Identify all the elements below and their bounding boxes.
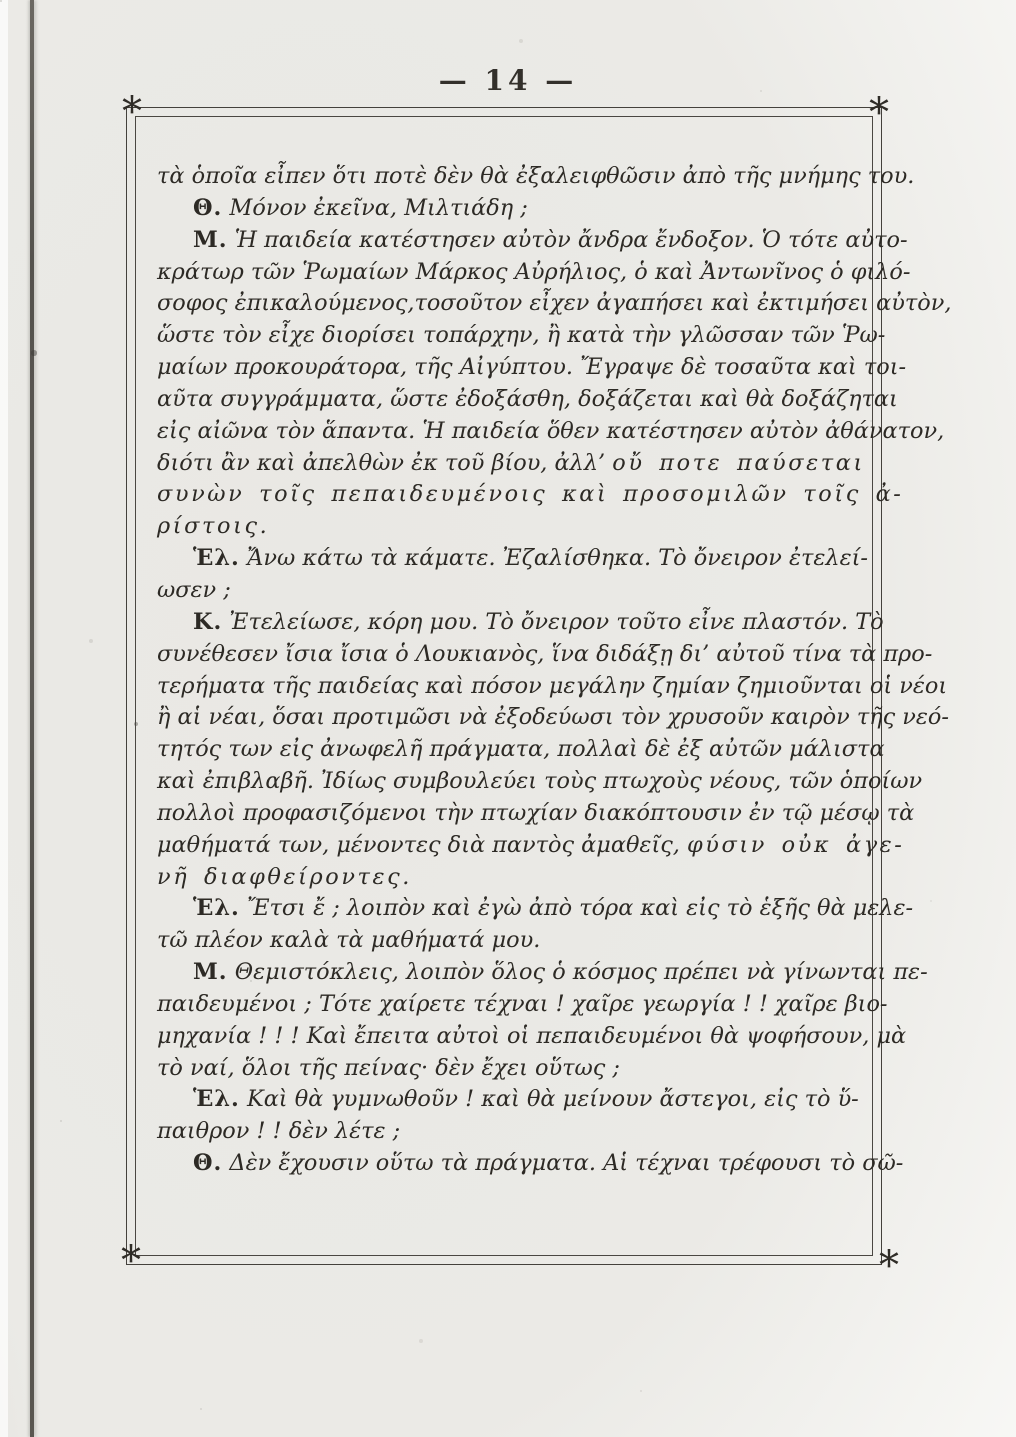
speaker-label: Μ. (193, 959, 228, 985)
text-segment: καὶ ἐπιβλαβῆ. Ἰδίως συμβουλεύει τοὺς πτω… (157, 768, 922, 794)
speaker-label: Θ. (193, 1150, 222, 1176)
text-line: συνὼν τοῖς πεπαιδευμένοις καὶ προσομιλῶν… (157, 479, 857, 511)
text-segment: Ἄνω κάτω τὰ κάματε. Ἐζαλίσθηκα. Τὸ ὄνειρ… (240, 545, 868, 571)
text-segment: μαθήματά των, μένοντες διὰ παντὸς ἀμαθεῖ… (157, 832, 687, 858)
text-segment: ὥστε τὸν εἶχε διορίσει τοπάρχην, ἢ κατὰ … (157, 322, 885, 348)
text-line: μηχανία ! ! ! Καὶ ἔπειτα αὐτοὶ οἱ πεπαιδ… (157, 1021, 857, 1053)
text-segment: αῦτα συγγράμματα, ὥστε ἐδοξάσθη, δοξάζετ… (157, 386, 898, 412)
page-number: — 14 — (0, 64, 1016, 97)
text-line: σοφος ἐπικαλούμενος,τοσοῦτον εἶχεν ἀγαπή… (157, 288, 857, 320)
text-line: μαίων προκουράτορα, τῆς Αἰγύπτου. Ἔγραψε… (157, 352, 857, 384)
page-left-edge (0, 0, 8, 1437)
text-segment: Ἔτσι ἔ ; λοιπὸν καὶ ἐγὼ ἀπὸ τόρα καὶ εἰς… (240, 895, 913, 921)
text-line: τῶ πλέον καλὰ τὰ μαθήματά μου. (157, 925, 857, 957)
text-segment: ρίστοις. (157, 513, 269, 539)
text-segment: Καὶ θὰ γυμνωθοῦν ! καὶ θὰ μείνουν ἄστεγο… (240, 1086, 859, 1112)
text-line: Κ. Ἐτελείωσε, κόρη μου. Τὸ ὄνειρον τοῦτο… (157, 607, 857, 639)
text-line: Μ. Ἡ παιδεία κατέστησεν αὐτὸν ἄνδρα ἔνδο… (157, 225, 857, 257)
text-line: ὥστε τὸν εἶχε διορίσει τοπάρχην, ἢ κατὰ … (157, 320, 857, 352)
text-line: ρίστοις. (157, 511, 857, 543)
speaker-label: Θ. (193, 195, 222, 221)
text-segment: μαίων προκουράτορα, τῆς Αἰγύπτου. Ἔγραψε… (157, 354, 906, 380)
text-segment: τὰ ὁποῖα εἶπεν ὅτι ποτὲ δὲν θὰ ἐξαλειφθῶ… (157, 163, 914, 189)
text-segment: Μόνον ἐκεῖνα, Μιλτιάδη ; (222, 195, 528, 221)
text-line: αῦτα συγγράμματα, ὥστε ἐδοξάσθη, δοξάζετ… (157, 384, 857, 416)
text-line: Ἑλ. Καὶ θὰ γυμνωθοῦν ! καὶ θὰ μείνουν ἄσ… (157, 1084, 857, 1116)
text-line: τητός των εἰς ἀνωφελῆ πράγματα, πολλαὶ δ… (157, 734, 857, 766)
text-line: ἢ αἱ νέαι, ὅσαι προτιμῶσι νὰ ἐξοδεύωσι τ… (157, 702, 857, 734)
text-line: τερήματα τῆς παιδείας καὶ πόσον μεγάλην … (157, 671, 857, 703)
text-line: συνέθεσεν ἴσια ἴσια ὁ Λουκιανὸς, ἵνα διδ… (157, 639, 857, 671)
text-line: καὶ ἐπιβλαβῆ. Ἰδίως συμβουλεύει τοὺς πτω… (157, 766, 857, 798)
text-segment: νῆ διαφθείροντες. (157, 864, 412, 890)
paper-noise-specks (0, 0, 2, 2)
text-segment: τῶ πλέον καλὰ τὰ μαθήματά μου. (157, 927, 540, 953)
speaker-label: Μ. (193, 227, 228, 253)
text-line: τὸ ναί, ὅλοι τῆς πείνας· δὲν ἔχει οὕτως … (157, 1053, 857, 1085)
text-line: Ἑλ. Ἔτσι ἔ ; λοιπὸν καὶ ἐγὼ ἀπὸ τόρα καὶ… (157, 893, 857, 925)
text-segment: τερήματα τῆς παιδείας καὶ πόσον μεγάλην … (157, 673, 947, 699)
speaker-label: Ἑλ. (193, 545, 240, 571)
speaker-label: Ἑλ. (193, 895, 240, 921)
text-segment: παιθρον ! ! δὲν λέτε ; (157, 1118, 400, 1144)
text-segment: Θεμιστόκλεις, λοιπὸν ὅλος ὁ κόσμος πρέπε… (228, 959, 928, 985)
text-line: διότι ἂν καὶ ἀπελθὼν ἐκ τοῦ βίου, ἀλλ’ ο… (157, 448, 857, 480)
text-line: ωσεν ; (157, 575, 857, 607)
text-line: κράτωρ τῶν Ῥωμαίων Μάρκος Αὐρήλιος, ὁ κα… (157, 257, 857, 289)
text-segment: Ἐτελείωσε, κόρη μου. Τὸ ὄνειρον τοῦτο εἶ… (222, 609, 883, 635)
text-segment: πολλοὶ προφασιζόμενοι τὴν πτωχίαν διακόπ… (157, 800, 914, 826)
text-segment: μηχανία ! ! ! Καὶ ἔπειτα αὐτοὶ οἱ πεπαιδ… (157, 1023, 906, 1049)
text-line: Θ. Μόνον ἐκεῖνα, Μιλτιάδη ; (157, 193, 857, 225)
text-segment: τητός των εἰς ἀνωφελῆ πράγματα, πολλαὶ δ… (157, 736, 885, 762)
binding-edge-line (30, 0, 34, 1437)
text-segment: συνὼν τοῖς πεπαιδευμένοις καὶ προσομιλῶν… (157, 481, 903, 507)
speaker-label: Ἑλ. (193, 1086, 240, 1112)
text-segment: συνέθεσεν ἴσια ἴσια ὁ Λουκιανὸς, ἵνα διδ… (157, 641, 932, 667)
text-line: εἰς αἰῶνα τὸν ἅπαντα. Ἡ παιδεία ὅθεν κατ… (157, 416, 857, 448)
text-line: τὰ ὁποῖα εἶπεν ὅτι ποτὲ δὲν θὰ ἐξαλειφθῶ… (157, 161, 857, 193)
text-segment: κράτωρ τῶν Ῥωμαίων Μάρκος Αὐρήλιος, ὁ κα… (157, 259, 910, 285)
text-segment: Ἡ παιδεία κατέστησεν αὐτὸν ἄνδρα ἔνδοξον… (228, 227, 908, 253)
text-line: μαθήματά των, μένοντες διὰ παντὸς ἀμαθεῖ… (157, 830, 857, 862)
speaker-label: Κ. (193, 609, 222, 635)
body-text-block: τὰ ὁποῖα εἶπεν ὅτι ποτὲ δὲν θὰ ἐξαλειφθῶ… (157, 161, 857, 1180)
text-segment: φύσιν οὐκ ἀγε- (687, 832, 904, 858)
text-line: Ἑλ. Ἄνω κάτω τὰ κάματε. Ἐζαλίσθηκα. Τὸ ὄ… (157, 543, 857, 575)
text-segment: εἰς αἰῶνα τὸν ἅπαντα. Ἡ παιδεία ὅθεν κατ… (157, 418, 944, 444)
text-segment: ἢ αἱ νέαι, ὅσαι προτιμῶσι νὰ ἐξοδεύωσι τ… (157, 704, 949, 730)
text-line: παιδευμένοι ; Τότε χαίρετε τέχναι ! χαῖρ… (157, 989, 857, 1021)
text-line: νῆ διαφθείροντες. (157, 862, 857, 894)
text-segment: τὸ ναί, ὅλοι τῆς πείνας· δὲν ἔχει οὕτως … (157, 1055, 620, 1081)
text-line: πολλοὶ προφασιζόμενοι τὴν πτωχίαν διακόπ… (157, 798, 857, 830)
text-line: παιθρον ! ! δὲν λέτε ; (157, 1116, 857, 1148)
text-segment: οὔ ποτε παύσεται (612, 450, 865, 476)
text-segment: Δὲν ἔχουσιν οὕτω τὰ πράγματα. Αἱ τέχναι … (222, 1150, 903, 1176)
text-line: Θ. Δὲν ἔχουσιν οὕτω τὰ πράγματα. Αἱ τέχν… (157, 1148, 857, 1180)
text-line: Μ. Θεμιστόκλεις, λοιπὸν ὅλος ὁ κόσμος πρ… (157, 957, 857, 989)
scanned-book-page: — 14 — * * * * τὰ ὁποῖα εἶπεν ὅτι ποτὲ δ… (0, 0, 1016, 1437)
text-segment: ωσεν ; (157, 577, 231, 603)
text-segment: διότι ἂν καὶ ἀπελθὼν ἐκ τοῦ βίου, ἀλλ’ (157, 450, 612, 476)
text-segment: παιδευμένοι ; Τότε χαίρετε τέχναι ! χαῖρ… (157, 991, 888, 1017)
text-segment: σοφος ἐπικαλούμενος,τοσοῦτον εἶχεν ἀγαπή… (157, 290, 951, 316)
